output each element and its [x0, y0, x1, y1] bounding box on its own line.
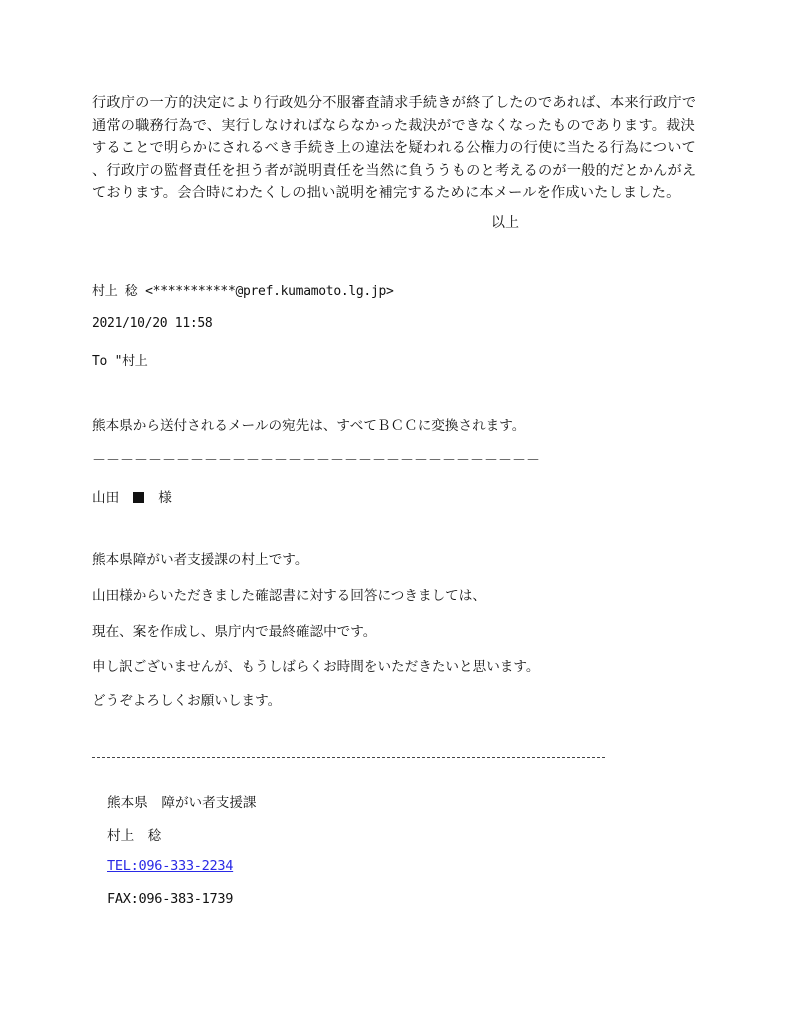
message-line: 申し訳ございませんが、もうしばらくお時間をいただきたいと思います。 [92, 655, 540, 675]
separator-signature [92, 757, 605, 758]
message-line: 熊本県障がい者支援課の村上です。 [92, 548, 308, 568]
bcc-notice: 熊本県から送付されるメールの宛先は、すべてＢＣＣに変換されます。 [92, 414, 525, 434]
addressee-honorific: 様 [158, 490, 172, 506]
paragraph-line: することで明らかにされるべき手続き上の違法を疑われる公権力の行使に当たる行為につ… [92, 137, 702, 160]
message-line: 現在、案を作成し、県庁内で最終確認中です。 [92, 620, 376, 640]
paragraph-line: 行政庁の一方的決定により行政処分不服審査請求手続きが終了したのであれば、本来行政… [92, 92, 702, 115]
closing-text: 以上 [491, 212, 519, 232]
datetime: 2021/10/20 11:58 [92, 316, 212, 331]
paragraph-line: ております。会合時にわたくしの拙い説明を補完するために本メールを作成いたしました… [92, 182, 702, 205]
addressee-surname: 山田 [92, 490, 119, 506]
body-paragraph: 行政庁の一方的決定により行政処分不服審査請求手続きが終了したのであれば、本来行政… [92, 92, 702, 205]
paragraph-line: 通常の職務行為で、実行しなければならなかった裁決ができなくなったものであります。… [92, 115, 702, 138]
redaction-block [133, 492, 144, 503]
paragraph-line: 、行政庁の監督責任を担う者が説明責任を当然に負ううものと考えるのが一般的だとかん… [92, 160, 702, 183]
separator-top: －－－－－－－－－－－－－－－－－－－－－－－－－－－－－－－－ [92, 450, 540, 470]
addressee: 山田様 [92, 486, 172, 506]
email-document: 行政庁の一方的決定により行政処分不服審査請求手続きが終了したのであれば、本来行政… [0, 0, 791, 1024]
recipient-line: To "村上 [92, 350, 148, 369]
message-line: どうぞよろしくお願いします。 [92, 689, 281, 709]
signature-organization: 熊本県 障がい者支援課 [107, 791, 257, 811]
message-line: 山田様からいただきました確認書に対する回答につきましては、 [92, 584, 486, 604]
signature-name: 村上 稔 [107, 824, 161, 844]
sender-line: 村上 稔 <***********@pref.kumamoto.lg.jp> [92, 280, 394, 299]
fax-number: FAX:096-383-1739 [107, 891, 233, 907]
tel-link[interactable]: TEL:096-333-2234 [107, 858, 233, 874]
